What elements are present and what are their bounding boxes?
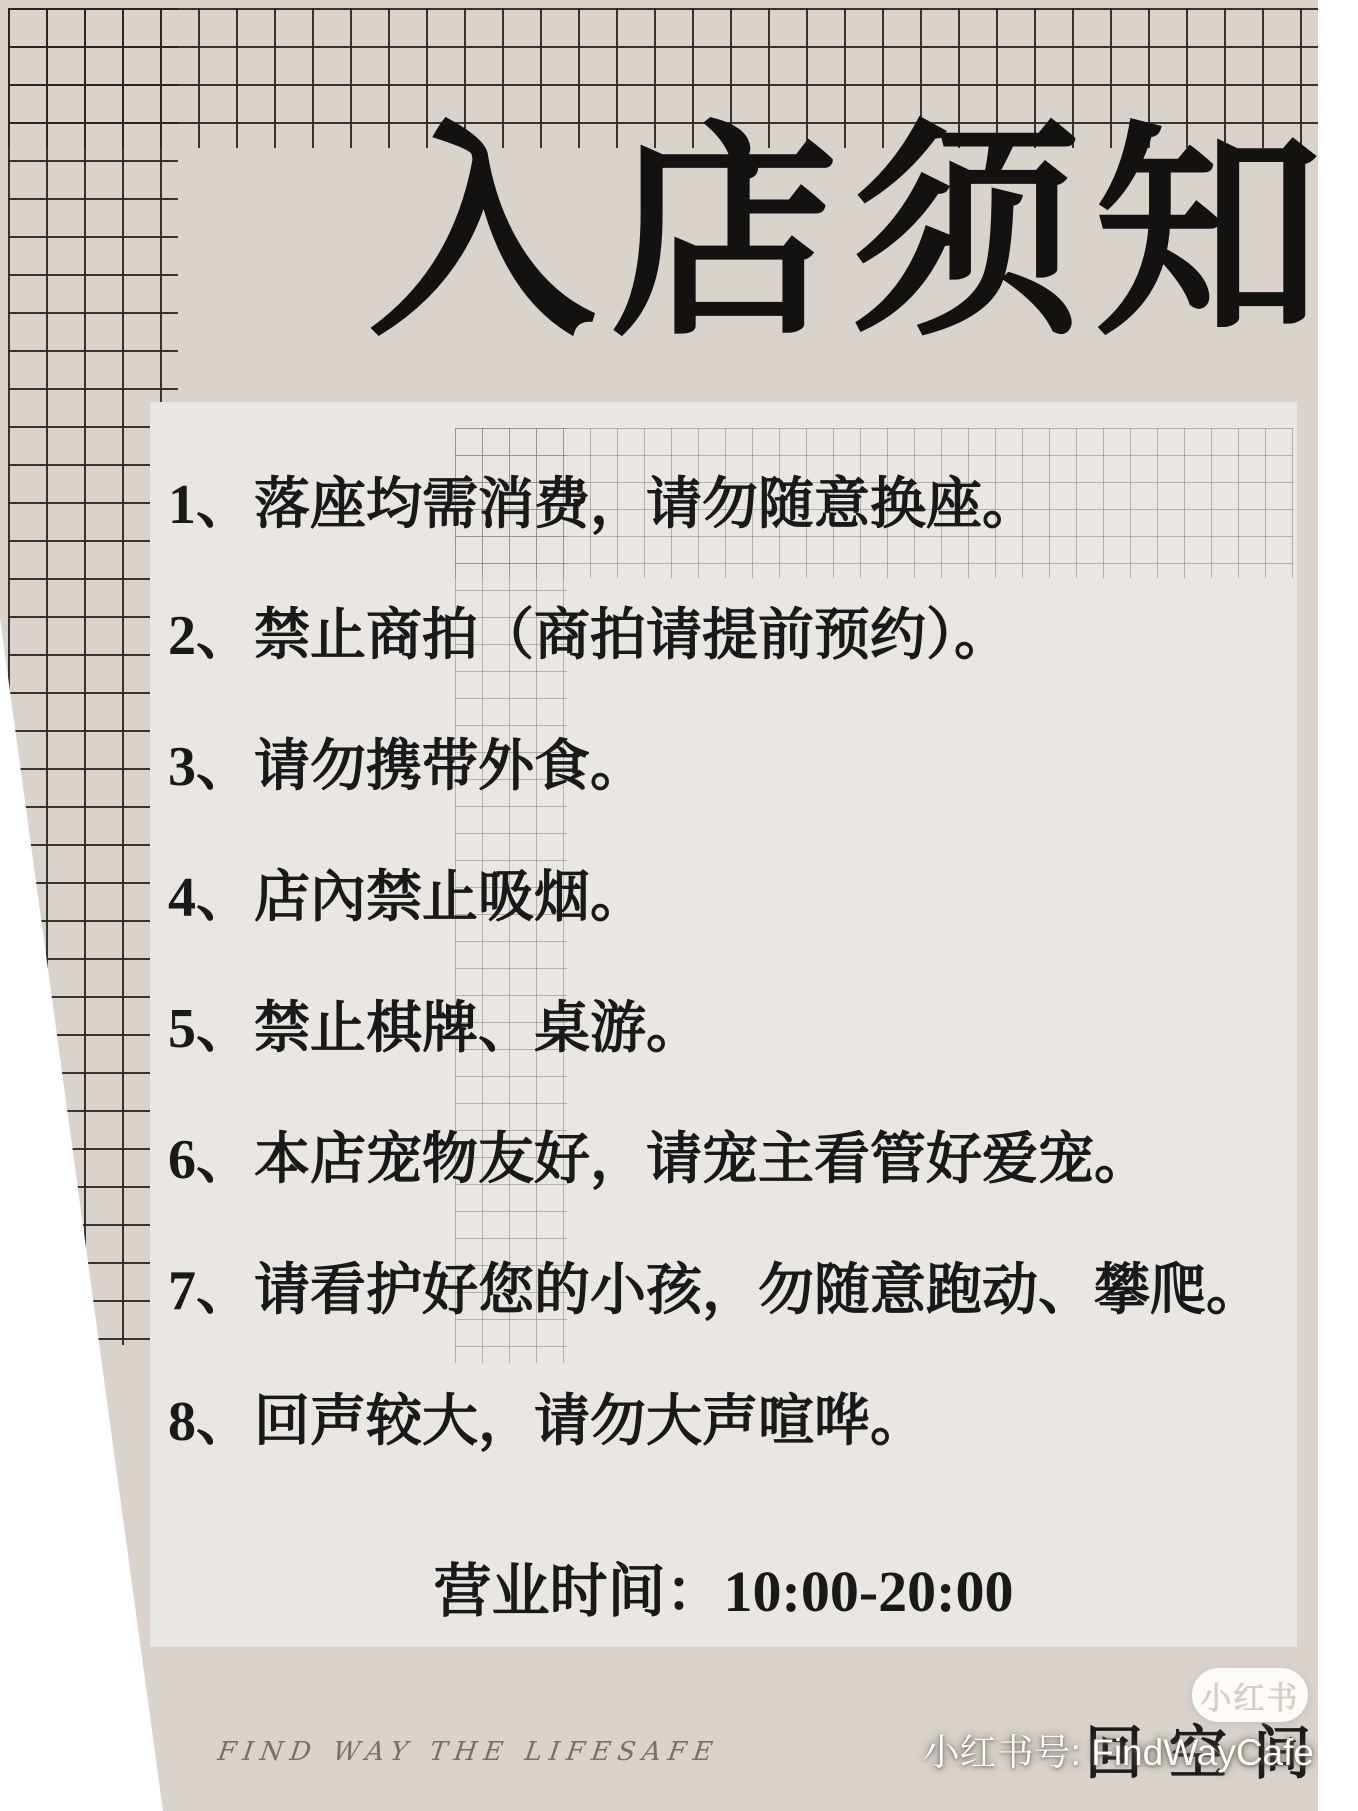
rule-text: 店內禁止吸烟。	[254, 867, 646, 929]
rule-text: 禁止棋牌、桌游。	[254, 998, 702, 1060]
xiaohongshu-account-watermark: 小红书号: FindWayCafe	[923, 1722, 1314, 1776]
rule-number: 8、	[168, 1391, 252, 1453]
rule-number: 7、	[168, 1260, 252, 1322]
rule-item-5: 5、禁止棋牌、桌游。	[168, 996, 1281, 1062]
rule-item-3: 3、请勿携带外食。	[168, 734, 1281, 800]
rule-text: 请勿携带外食。	[254, 736, 646, 798]
handwritten-signature-text: FIND WAY THE LIFESAFE	[216, 1737, 721, 1767]
poster-page: 入店须知 1、落座均需消费，请勿随意换座。 2、禁止商拍（商拍请提前预约）。 3…	[0, 0, 1358, 1811]
rule-number: 3、	[168, 736, 252, 798]
rules-card: 1、落座均需消费，请勿随意换座。 2、禁止商拍（商拍请提前预约）。 3、请勿携带…	[150, 402, 1297, 1647]
business-hours: 营业时间：10:00-20:00	[150, 1557, 1297, 1627]
rule-number: 2、	[168, 605, 252, 667]
rule-item-8: 8、回声较大，请勿大声喧哗。	[168, 1389, 1281, 1455]
rule-item-2: 2、禁止商拍（商拍请提前预约）。	[168, 603, 1281, 669]
xiaohongshu-badge: 小红书	[1192, 1668, 1308, 1722]
beige-paper-background: 入店须知 1、落座均需消费，请勿随意换座。 2、禁止商拍（商拍请提前预约）。 3…	[0, 0, 1358, 1811]
rule-text: 本店宠物友好，请宠主看管好爱宠。	[254, 1129, 1150, 1191]
xiaohongshu-badge-label: 小红书	[1201, 1673, 1300, 1718]
rule-text: 落座均需消费，请勿随意换座。	[254, 474, 1038, 536]
rule-number: 6、	[168, 1129, 252, 1191]
rule-number: 4、	[168, 867, 252, 929]
rule-text: 禁止商拍（商拍请提前预约）。	[254, 605, 1010, 667]
rule-number: 1、	[168, 474, 252, 536]
rule-item-4: 4、店內禁止吸烟。	[168, 865, 1281, 931]
rule-number: 5、	[168, 998, 252, 1060]
rule-text: 回声较大，请勿大声喧哗。	[254, 1391, 926, 1453]
poster-title: 入店须知	[368, 118, 1336, 357]
rule-item-6: 6、本店宠物友好，请宠主看管好爱宠。	[168, 1127, 1281, 1193]
rule-item-1: 1、落座均需消费，请勿随意换座。	[168, 472, 1281, 538]
rule-text: 请看护好您的小孩，勿随意跑动、攀爬。	[254, 1260, 1262, 1322]
rule-item-7: 7、请看护好您的小孩，勿随意跑动、攀爬。	[168, 1258, 1281, 1324]
